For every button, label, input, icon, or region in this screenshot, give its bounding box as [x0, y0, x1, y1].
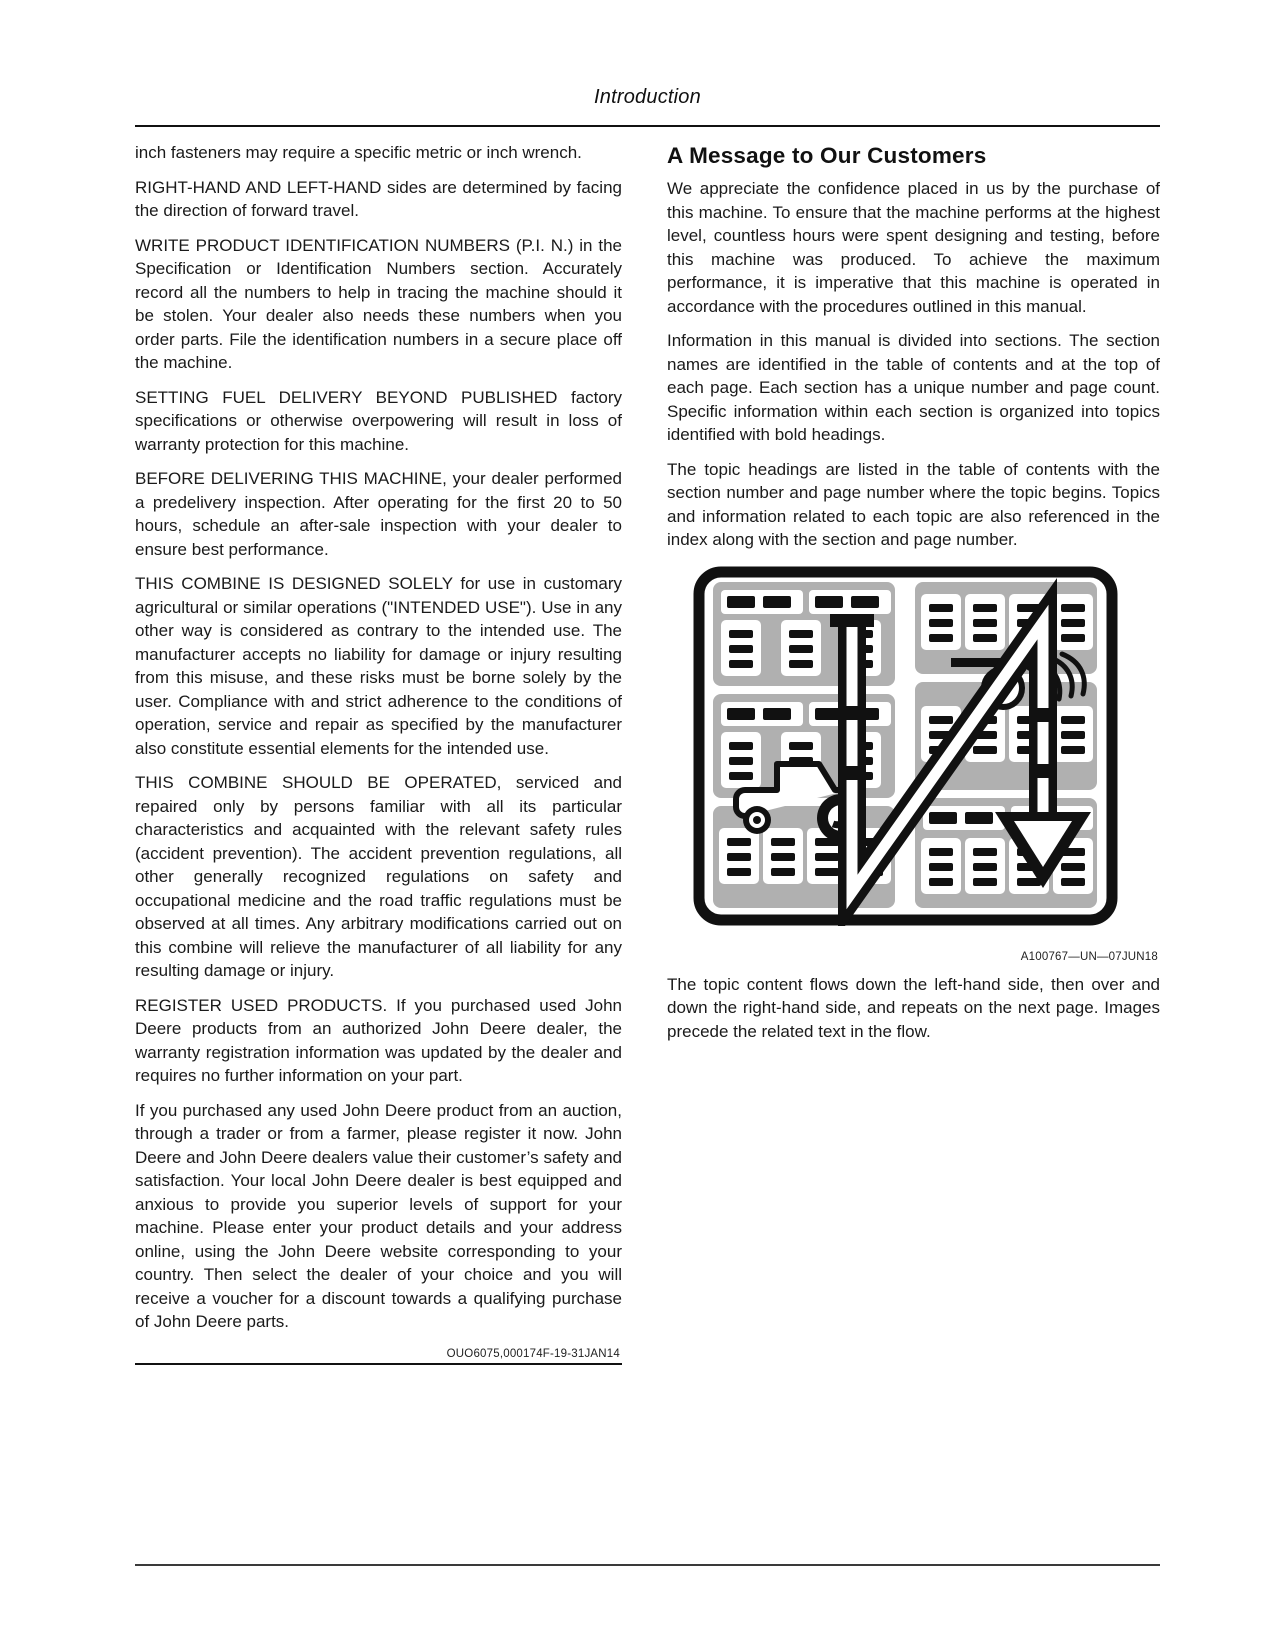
paragraph: inch fasteners may require a specific me… — [135, 141, 622, 165]
paragraph: REGISTER USED PRODUCTS. If you purchased… — [135, 994, 622, 1088]
paragraph: Information in this manual is divided in… — [667, 329, 1160, 447]
left-column: inch fasteners may require a specific me… — [135, 141, 622, 1365]
paragraph: THIS COMBINE IS DESIGNED SOLELY for use … — [135, 572, 622, 760]
paragraph: SETTING FUEL DELIVERY BEYOND PUBLISHED f… — [135, 386, 622, 457]
paragraph: If you purchased any used John Deere pro… — [135, 1099, 622, 1334]
section-heading: A Message to Our Customers — [667, 143, 1160, 169]
page-header-title: Introduction — [135, 0, 1160, 109]
paragraph: THIS COMBINE SHOULD BE OPERATED, service… — [135, 771, 622, 983]
page-bottom-rule — [135, 1564, 1160, 1566]
paragraph: BEFORE DELIVERING THIS MACHINE, your dea… — [135, 467, 622, 561]
paragraph: The topic content flows down the left-ha… — [667, 973, 1160, 1044]
paragraph: WRITE PRODUCT IDENTIFICATION NUMBERS (P.… — [135, 234, 622, 375]
paragraph: We appreciate the confidence placed in u… — [667, 177, 1160, 318]
paragraph: RIGHT-HAND AND LEFT-HAND sides are deter… — [135, 176, 622, 223]
page-flow-figure — [693, 566, 1118, 931]
figure-caption-code: A100767—UN—07JUN18 — [667, 951, 1158, 963]
topic-code: OUO6075,000174F-19-31JAN14 — [135, 1348, 622, 1360]
topic-footnote: OUO6075,000174F-19-31JAN14 — [135, 1348, 622, 1365]
column-gap — [622, 141, 667, 1365]
page-flow-figure-svg — [693, 566, 1118, 926]
manual-page: Introduction inch fasteners may require … — [135, 0, 1160, 1365]
paragraph: The topic headings are listed in the tab… — [667, 458, 1160, 552]
right-column: A Message to Our Customers We appreciate… — [667, 141, 1160, 1365]
two-column-body: inch fasteners may require a specific me… — [135, 141, 1160, 1365]
header-rule — [135, 125, 1160, 127]
topic-end-rule — [135, 1363, 622, 1365]
